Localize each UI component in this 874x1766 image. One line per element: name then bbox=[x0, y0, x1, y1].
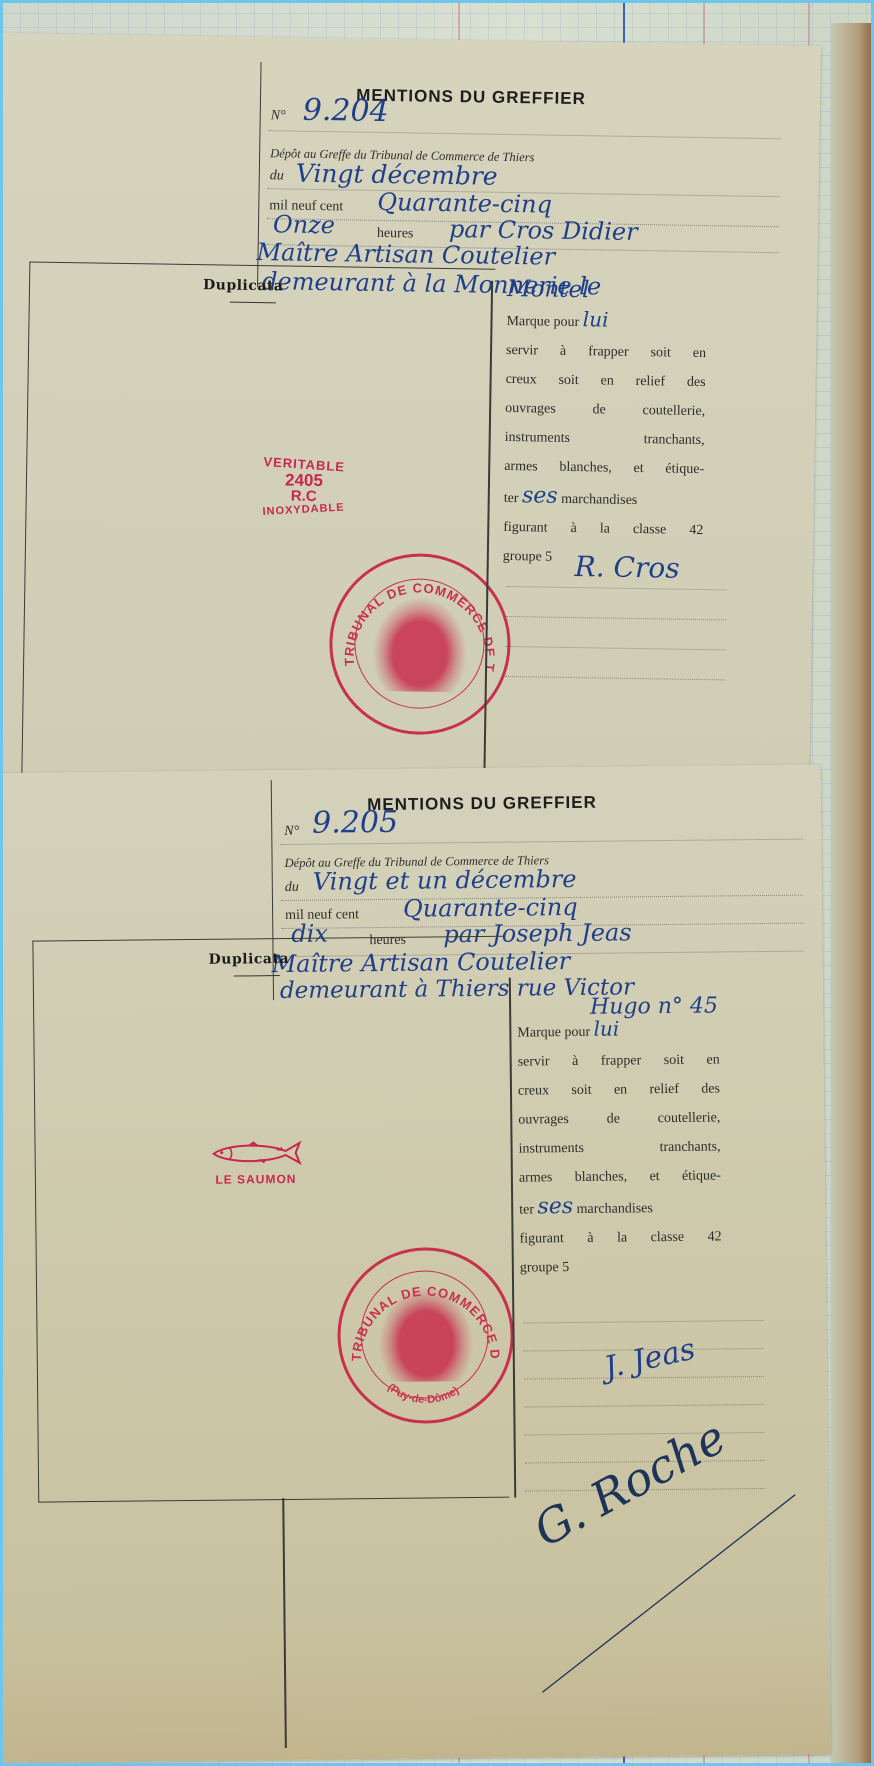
mentions-du-greffier: MENTIONS DU GREFFIER N° 9.204 Dépôt au G… bbox=[257, 62, 781, 295]
ses-value: ses bbox=[537, 1194, 573, 1219]
dotted-line bbox=[268, 130, 780, 139]
marque-for-value: lui bbox=[583, 307, 609, 331]
marque-line: ouvrages de coutellerie, bbox=[505, 394, 705, 426]
mark-label: LE SAUMON bbox=[206, 1172, 306, 1187]
deposit-hour: Onze bbox=[273, 210, 335, 239]
trademark-imprint: VERITABLE 2405 R.C INOXYDABLE bbox=[238, 456, 369, 517]
trademark-imprint: LE SAUMON bbox=[205, 1139, 305, 1187]
marque-line: creux soit en relief des bbox=[505, 365, 705, 397]
deposit-date: Vingt décembre bbox=[296, 159, 498, 191]
marque-line: ter ses marchandises bbox=[519, 1190, 721, 1224]
entry-number: 9.204 bbox=[303, 93, 389, 129]
deposit-date: Vingt et un décembre bbox=[313, 865, 577, 896]
dotted-line bbox=[505, 676, 725, 680]
du-label: du bbox=[270, 168, 284, 184]
marque-line: instruments tranchants, bbox=[504, 423, 704, 455]
marque-line: figurant à la classe 42 bbox=[519, 1222, 721, 1253]
seal-ring-text: TRIBUNAL DE COMMERCE DE THIERS bbox=[331, 555, 509, 733]
marque-line: servir à frapper soit en bbox=[518, 1045, 720, 1076]
dotted-line bbox=[505, 646, 725, 650]
du-label: du bbox=[285, 880, 299, 896]
marque-line: armes blanches, et étique- bbox=[519, 1161, 721, 1192]
mark-text-bottom: INOXYDABLE bbox=[238, 500, 368, 519]
marque-line: ter ses marchandises bbox=[504, 481, 704, 516]
duplicata-box: Duplicata LE SAUMON bbox=[32, 936, 509, 1503]
seal-ring-text: TRIBUNAL DE COMMERCE DE THIERS (Puy-de-D… bbox=[340, 1250, 512, 1422]
dotted-line bbox=[525, 1432, 765, 1436]
marque-line: groupe 5 bbox=[520, 1251, 722, 1282]
marque-line: Marque pour lui bbox=[506, 304, 706, 339]
tribunal-seal: TRIBUNAL DE COMMERCE DE THIERS (Puy-de-D… bbox=[337, 1247, 515, 1425]
duplicata-label: Duplicata bbox=[209, 951, 290, 968]
entry-number: 9.205 bbox=[312, 805, 398, 841]
ses-value: ses bbox=[522, 483, 558, 509]
column-rule bbox=[282, 1498, 286, 1748]
marque-line: instruments tranchants, bbox=[518, 1132, 720, 1163]
dotted-line bbox=[506, 616, 726, 620]
svg-text:(Puy-de-Dôme): (Puy-de-Dôme) bbox=[385, 1381, 462, 1407]
marque-line: armes blanches, et étique- bbox=[504, 452, 704, 484]
deposit-year: Quarante-cinq bbox=[377, 188, 552, 219]
marque-description: Marque pour lui servir à frapper soit en… bbox=[503, 304, 707, 574]
signature-flourish bbox=[530, 1465, 802, 1698]
duplicata-box: Duplicata VERITABLE 2405 R.C INOXYDABLE … bbox=[21, 261, 495, 789]
salmon-fish-icon bbox=[207, 1139, 303, 1168]
dotted-line bbox=[524, 1404, 764, 1408]
marque-line: figurant à la classe 42 bbox=[503, 513, 703, 545]
dotted-line bbox=[523, 1320, 763, 1324]
divider bbox=[234, 975, 280, 976]
registration-card-9204: MENTIONS DU GREFFIER N° 9.204 Dépôt au G… bbox=[3, 33, 821, 786]
ledger-page-edge bbox=[831, 23, 871, 1763]
photo-frame: 257 MENTIONS DU GREFFIER N° 9.204 Dépôt … bbox=[3, 3, 871, 1763]
marque-line: creux soit en relief des bbox=[518, 1074, 720, 1105]
number-label: N° bbox=[284, 824, 299, 840]
number-label: N° bbox=[271, 108, 286, 124]
svg-text:TRIBUNAL DE COMMERCE DE THIERS: TRIBUNAL DE COMMERCE DE THIERS bbox=[340, 1250, 503, 1362]
depositor-address-cont: Montel bbox=[507, 276, 590, 303]
dotted-line bbox=[506, 586, 726, 590]
marque-line: servir à frapper soit en bbox=[506, 336, 706, 368]
marque-for-value: lui bbox=[593, 1017, 619, 1041]
duplicata-label: Duplicata bbox=[203, 277, 284, 294]
marque-line: Marque pour lui bbox=[517, 1013, 719, 1047]
marque-line: ouvrages de coutellerie, bbox=[518, 1103, 720, 1134]
registration-card-9205: MENTIONS DU GREFFIER N° 9.205 Dépôt au G… bbox=[3, 764, 831, 1763]
svg-text:TRIBUNAL DE COMMERCE DE THIERS: TRIBUNAL DE COMMERCE DE THIERS bbox=[331, 555, 500, 673]
signature-lines bbox=[504, 586, 726, 739]
depositor-signature: R. Cros bbox=[574, 550, 679, 585]
marque-description: Marque pour lui servir à frapper soit en… bbox=[517, 1013, 722, 1282]
divider bbox=[230, 302, 276, 304]
